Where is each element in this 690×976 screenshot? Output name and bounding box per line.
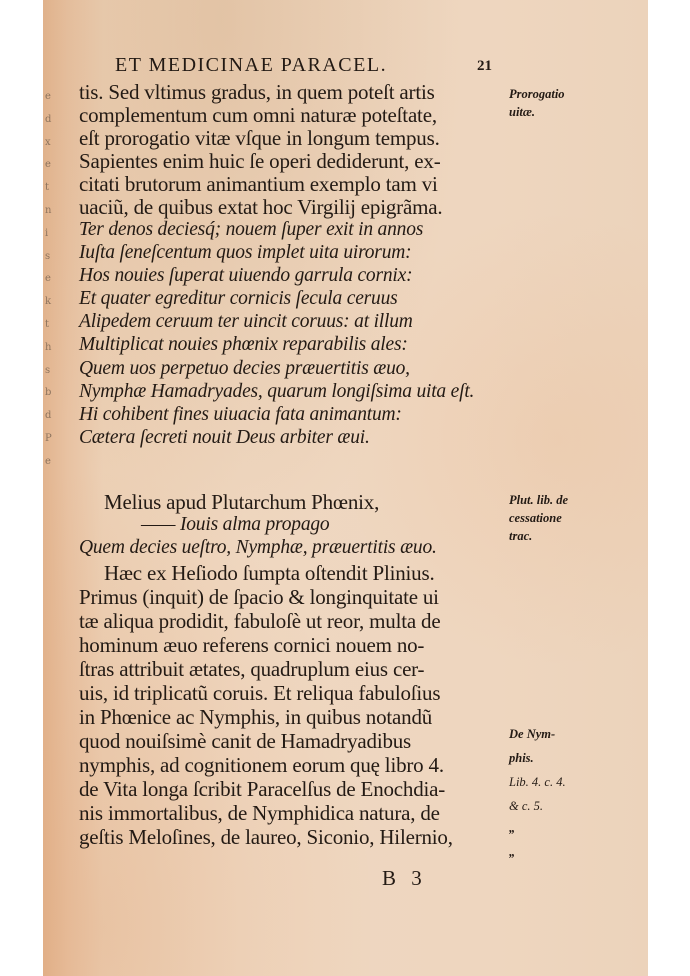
text-line: complementum cum omni naturæ poteſtate,: [79, 103, 437, 128]
text-line: uis, id triplicatũ coruis. Et reliqua fa…: [79, 681, 440, 706]
text-line: tæ aliqua prodidit, fabuloſè ut reor, mu…: [79, 609, 440, 634]
marginal-note: Prorogatio uitæ.: [509, 85, 565, 121]
text-line: geſtis Meloſines, de laureo, Siconio, Hi…: [79, 825, 453, 850]
text-line: Melius apud Plutarchum Phœnix,: [104, 490, 379, 515]
marginal-note: Lib. 4. c. 4. & c. 5.: [509, 770, 566, 818]
verse-line: Cætera ſecreti nouit Deus arbiter æui.: [79, 427, 370, 449]
running-head: ET MEDICINAE PARACEL.: [115, 54, 387, 77]
verse-line: Et quater egreditur cornicis ſecula ceru…: [79, 288, 398, 310]
text-line: citati brutorum animantium exemplo tam v…: [79, 172, 438, 197]
text-line: Sapientes enim huic ſe operi dediderunt,…: [79, 149, 441, 174]
text-line: uaciũ, de quibus extat hoc Virgilij epig…: [79, 195, 442, 220]
bleed-through-text: e d x e t n i s e k t h s b d P e: [45, 86, 55, 474]
verse-line: Alipedem ceruum ter uincit coruus: at il…: [79, 311, 413, 333]
verse-line: Multiplicat nouies phœnix reparabilis al…: [79, 334, 408, 356]
verse-line: Quem uos perpetuo decies præuertitis æuo…: [79, 358, 410, 380]
verse-line: Iuſta ſeneſcentum quos implet uita uiror…: [79, 242, 411, 264]
text-line: tis. Sed vltimus gradus, in quem poteſt …: [79, 80, 435, 105]
verse-line: Ter denos deciesq́; nouem ſuper exit in …: [79, 219, 423, 241]
text-line: hominum æuo referens cornici nouem no-: [79, 633, 424, 658]
verse-line: Hi cohibent fines uiuacia fata animantum…: [79, 404, 402, 426]
verse-line: Nymphæ Hamadryades, quarum longiſsima ui…: [79, 381, 474, 403]
verse-line: Quem decies ueſtro, Nymphæ, præuertitis …: [79, 537, 437, 559]
text-line: nymphis, ad cognitionem eorum quę libro …: [79, 753, 444, 778]
marginal-note: De Nym- phis.: [509, 722, 555, 770]
text-line: quod nouiſsimè canit de Hamadryadibus: [79, 729, 411, 754]
text-line: nis immortalibus, de Nymphidica natura, …: [79, 801, 440, 826]
verse-line: Hos nouies ſuperat uiuendo garrula corni…: [79, 265, 412, 287]
text-line: in Phœnice ac Nymphis, in quibus notandũ: [79, 705, 432, 730]
text-line: Hæc ex Heſiodo ſumpta oſtendit Plinius.: [104, 561, 435, 586]
signature-mark: B 3: [382, 866, 422, 891]
marginal-note: „ „: [509, 816, 515, 864]
marginal-note: Plut. lib. de cessatione trac.: [509, 491, 568, 545]
text-line: eſt prorogatio vitæ vſque in longum temp…: [79, 126, 440, 151]
text-line: de Vita longa ſcribit Paracelſus de Enoc…: [79, 777, 445, 802]
text-line: Primus (inquit) de ſpacio & longinquitat…: [79, 585, 439, 610]
text-line: ſtras attribuit ætates, quadruplum eius …: [79, 657, 424, 682]
page-number: 21: [477, 58, 492, 75]
verse-line: —— Iouis alma propago: [141, 514, 329, 536]
